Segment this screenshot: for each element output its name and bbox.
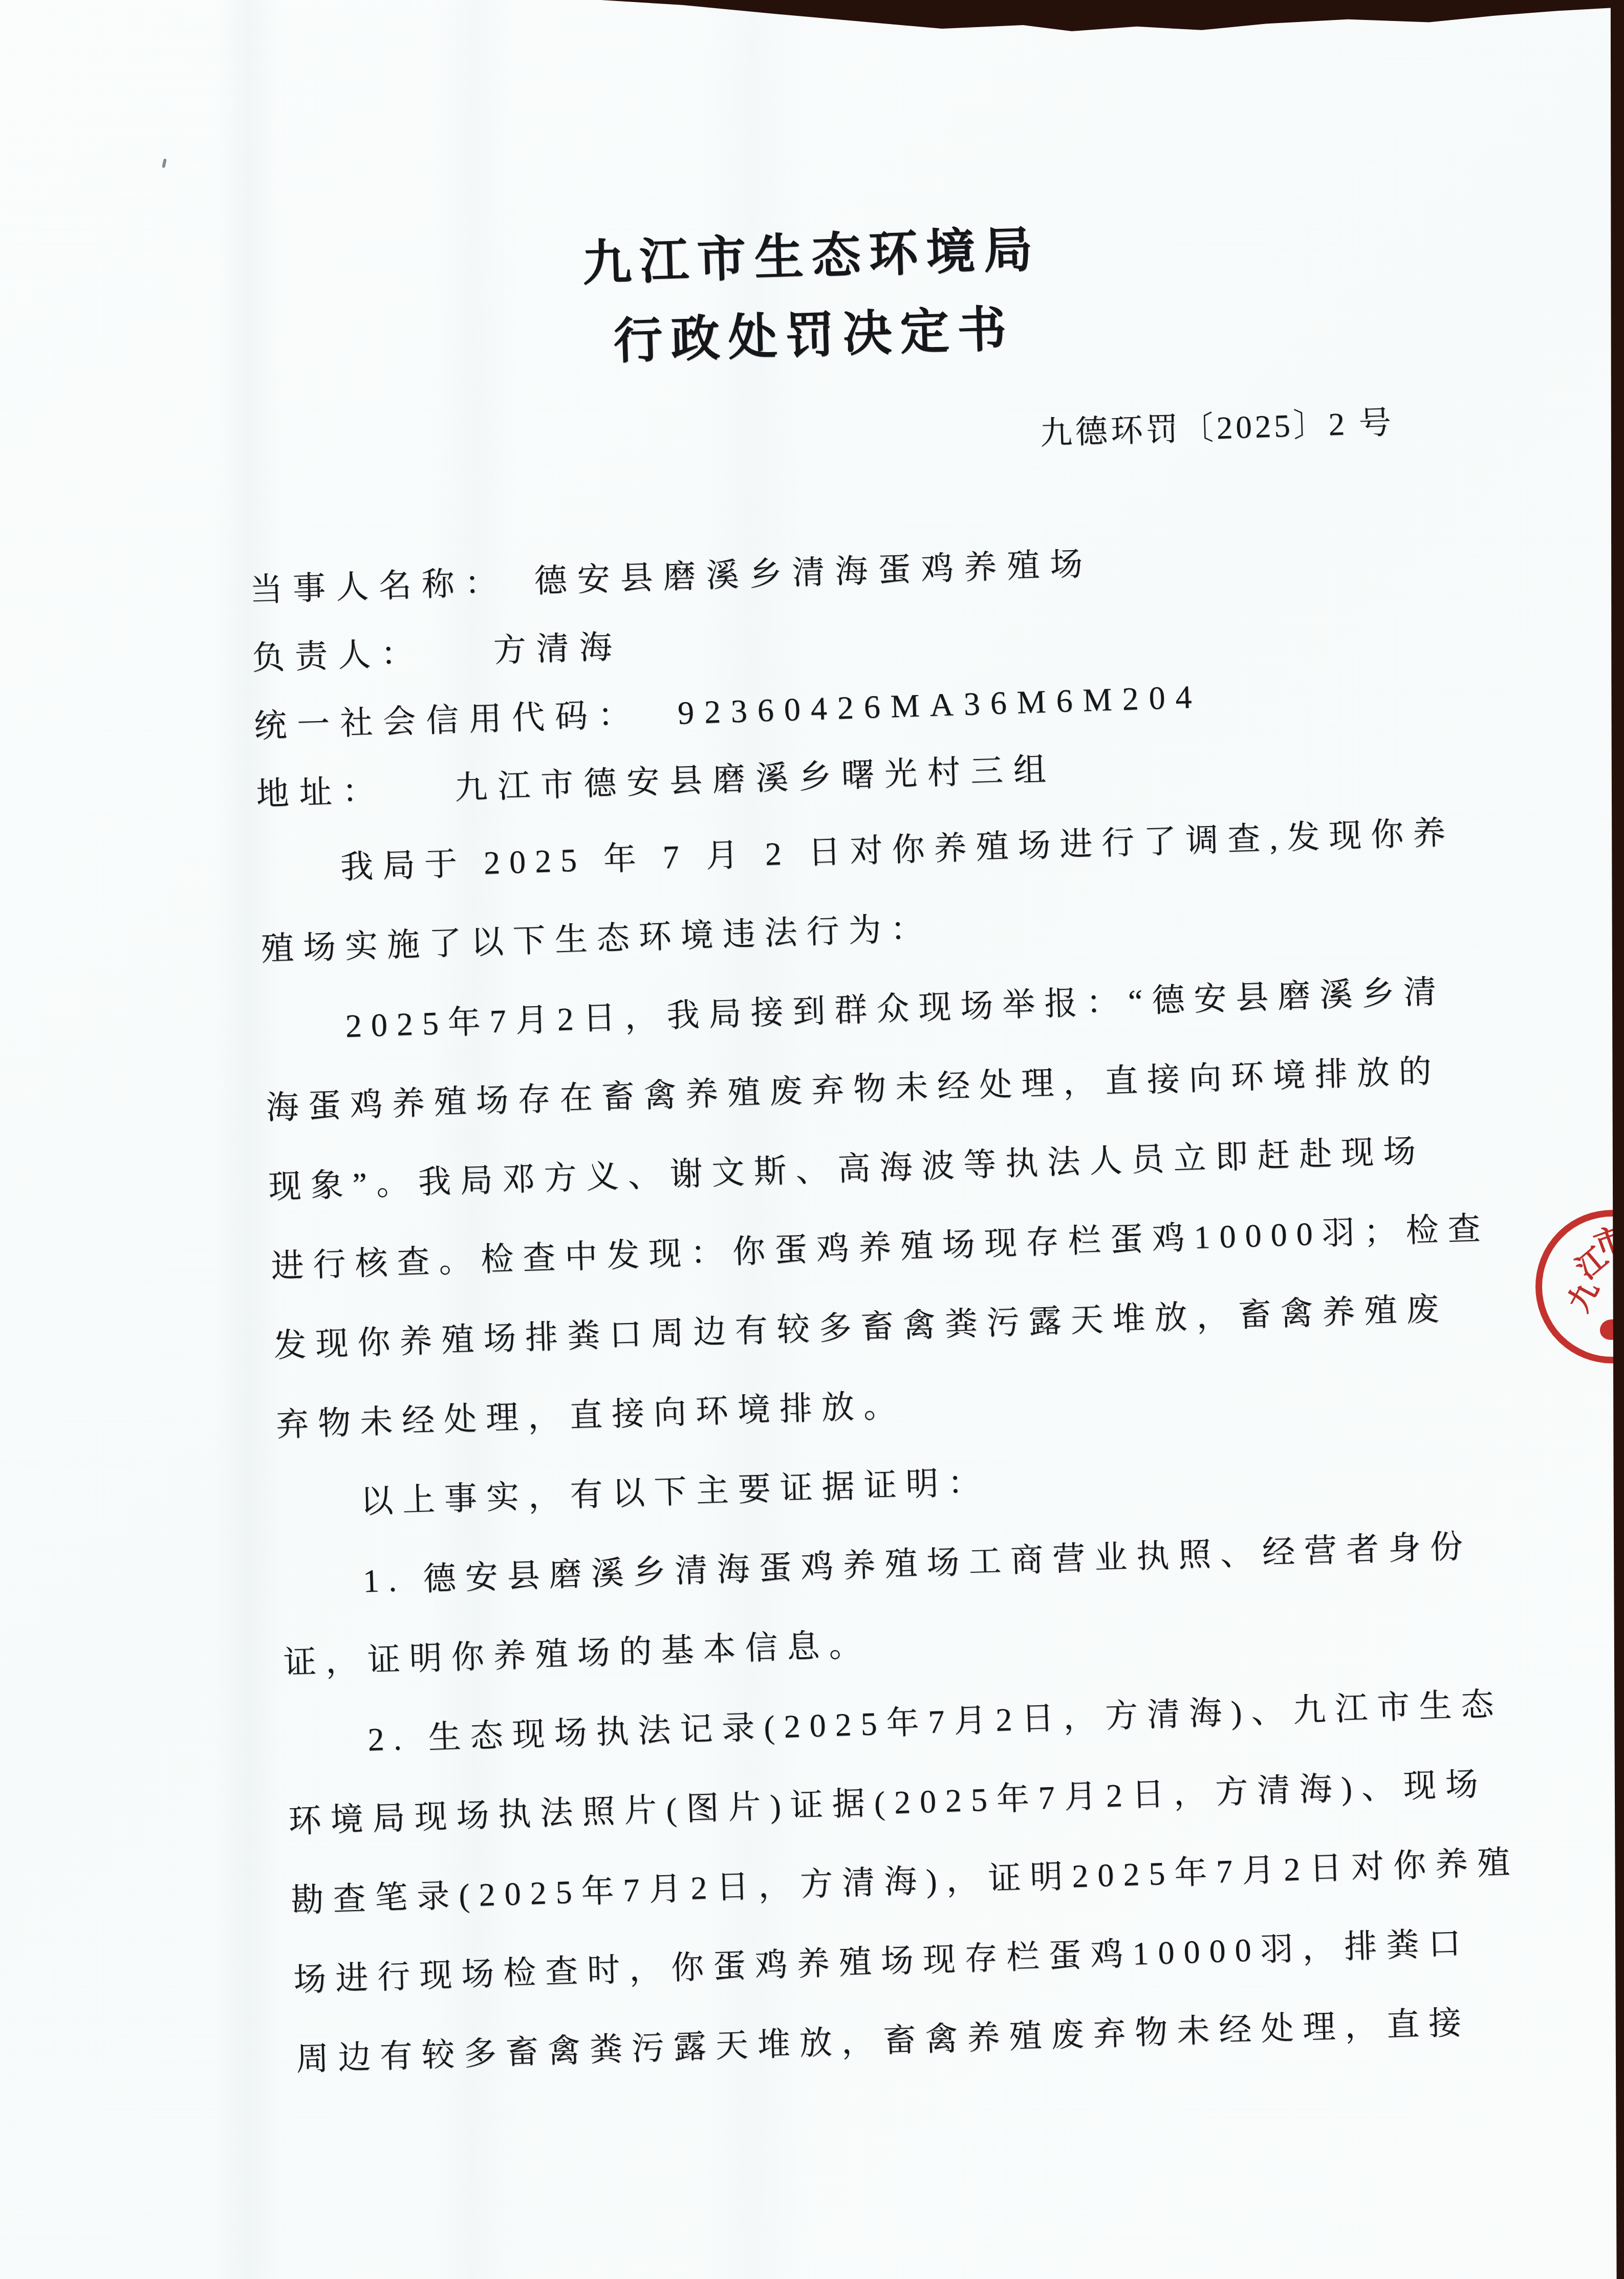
document-number: 九德环罚〔2025〕2 号 [245,401,1420,479]
official-seal: 九 江 市 生 [1535,1202,1624,1376]
scan-edge-right [1609,0,1624,2279]
scan-edge-top [0,0,1624,36]
ink-speck [162,159,167,168]
document-body: 我局于 2025 年 7 月 2 日对你养殖场进行了调查,发现你养 殖场实施了以… [257,793,1471,2099]
document-content: 九江市生态环境局 行政处罚决定书 九德环罚〔2025〕2 号 当事人名称： 德安… [238,178,1471,2099]
party-info-block: 当事人名称： 德安县磨溪乡清海蛋鸡养殖场 负责人： 方清海 统一社会信用代码： … [249,519,1432,829]
scanned-document-page: 九江市生态环境局 行政处罚决定书 九德环罚〔2025〕2 号 当事人名称： 德安… [0,0,1624,2279]
